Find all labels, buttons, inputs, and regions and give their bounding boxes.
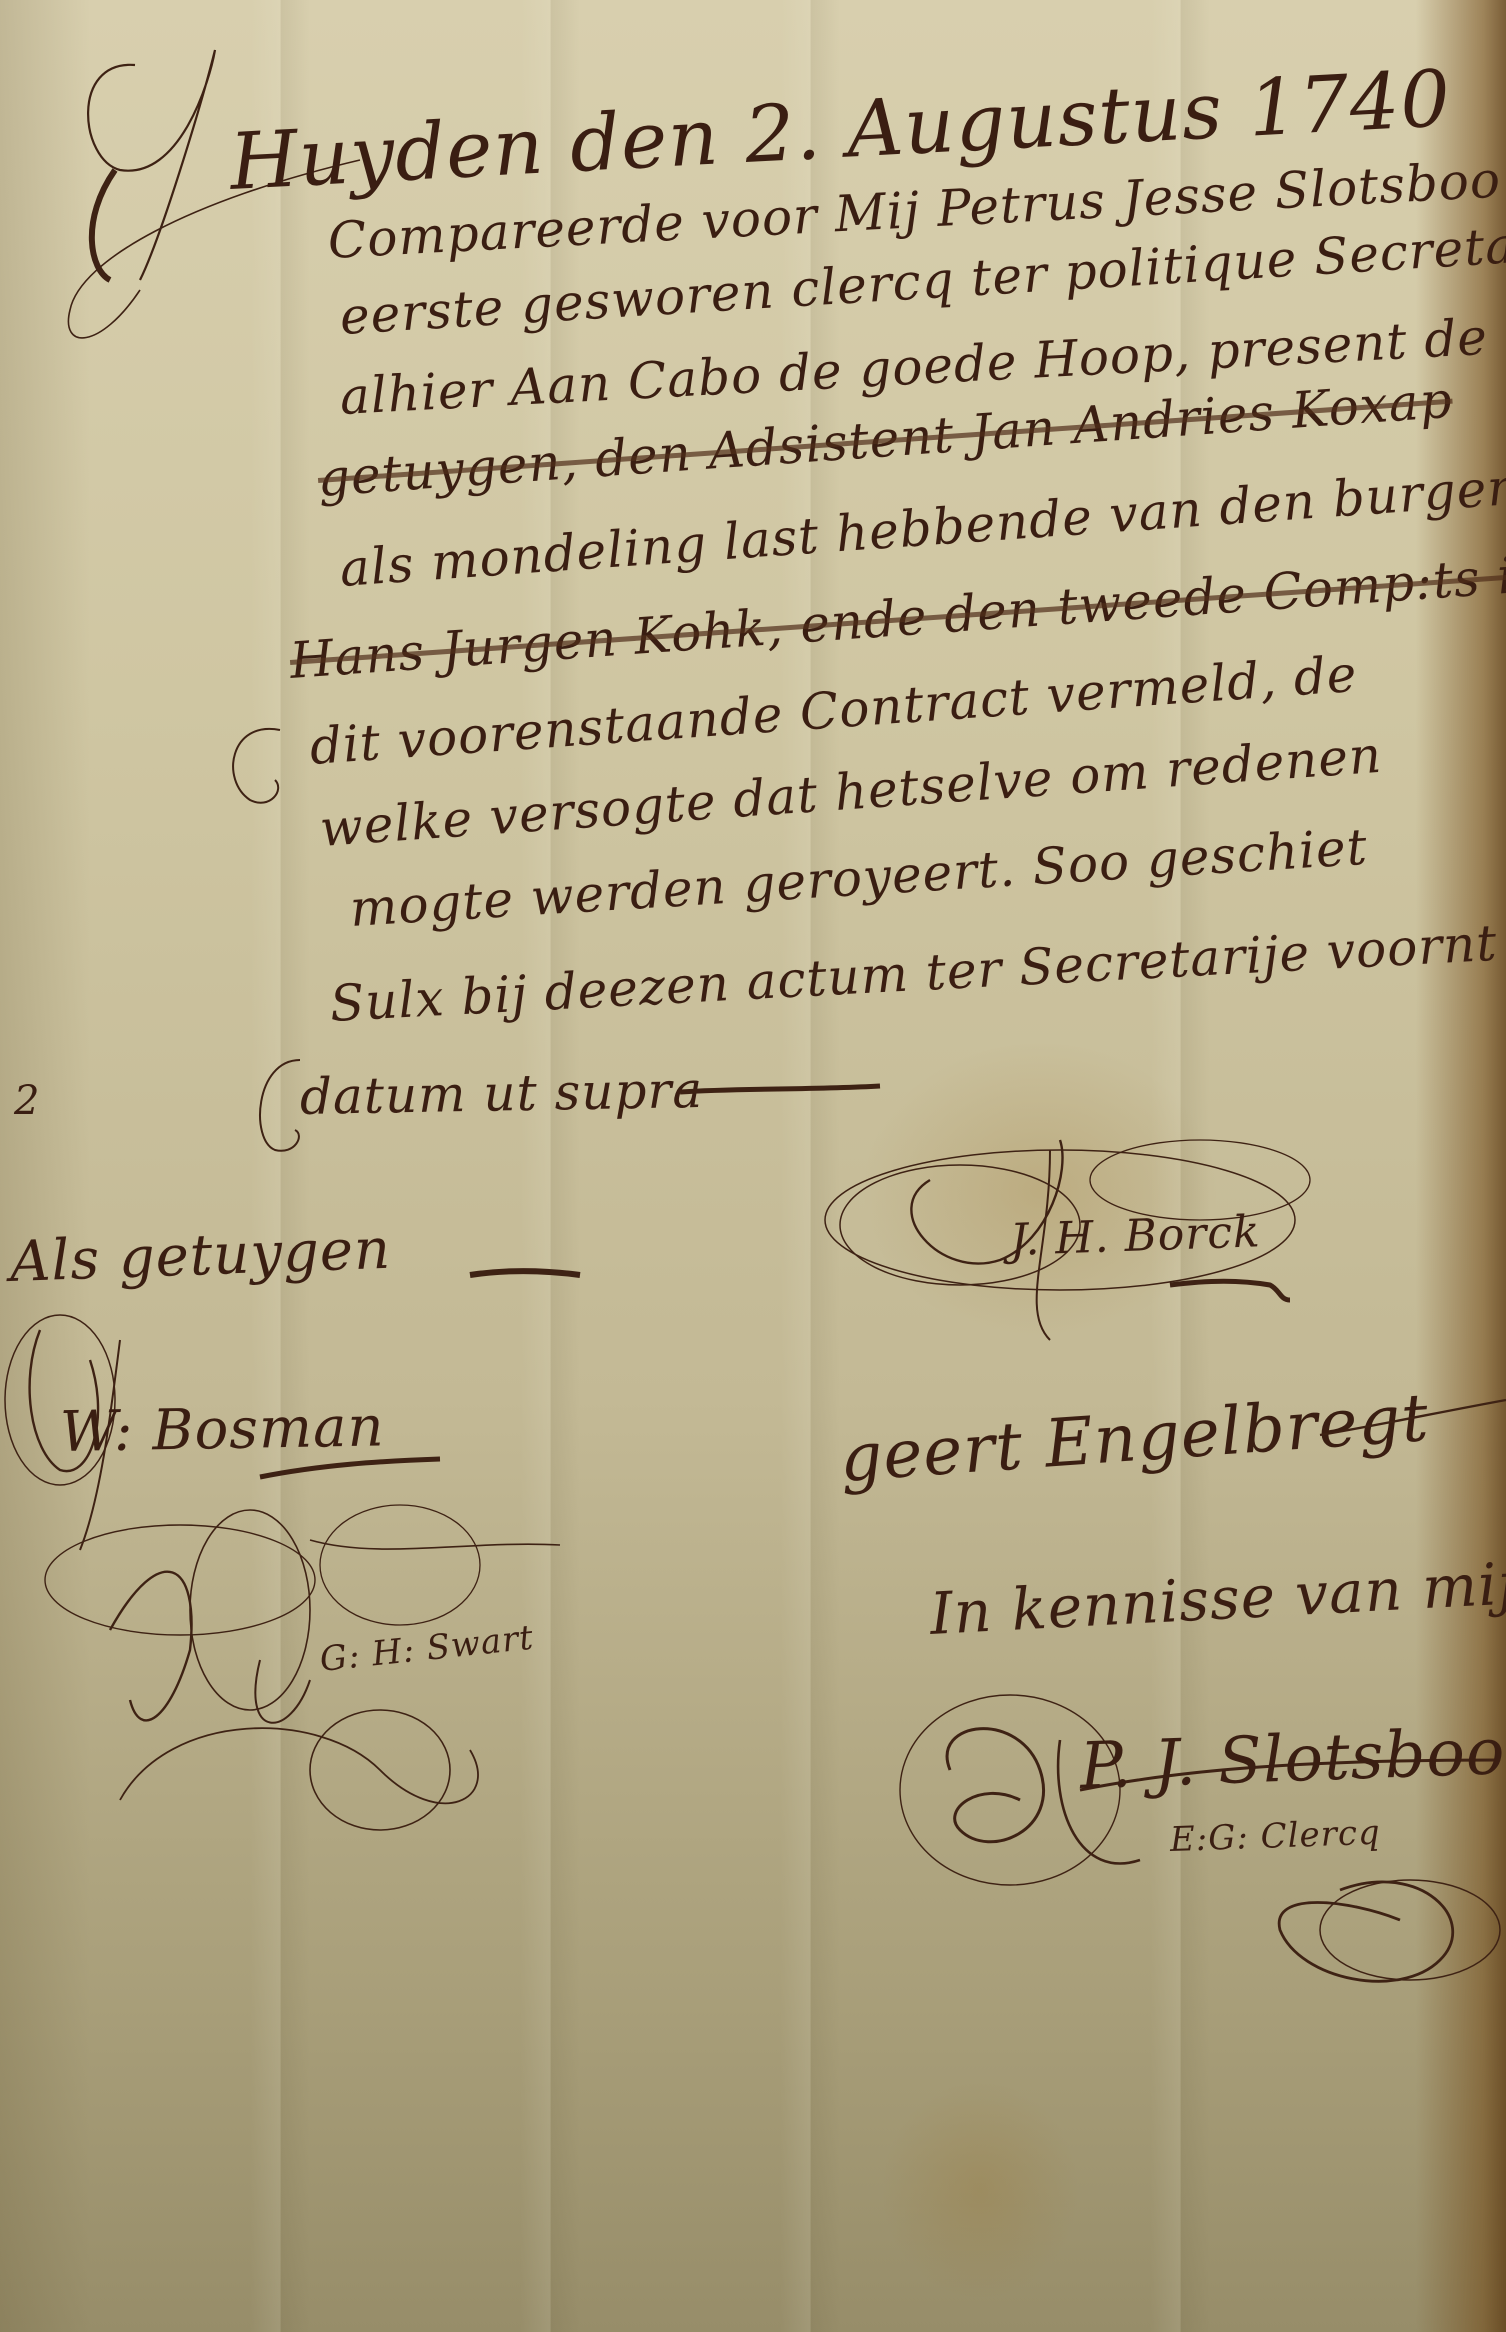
paper-fold — [520, 0, 580, 2332]
witness-label: Als getuygen — [9, 1217, 392, 1295]
document-page: Huyden den 2. Augustus 1740 Compareerde … — [0, 0, 1506, 2332]
paper-stain — [880, 2080, 1080, 2300]
flourish-c-icon — [220, 720, 300, 810]
attestation-title: E:G: Clercq — [1169, 1813, 1381, 1860]
witness-signature-2-flourish-icon — [20, 1500, 560, 1860]
attestation-label: In kennisse van mij — [928, 1549, 1506, 1648]
flourish-c-icon — [250, 1050, 320, 1160]
closing-dash-icon — [680, 1080, 880, 1100]
margin-mark: 2 — [14, 1078, 40, 1124]
signature-underline-icon — [260, 1455, 440, 1485]
attestation-signature: P. J. Slotsboo — [1079, 1715, 1506, 1804]
body-line-11: datum ut supra — [299, 1061, 703, 1126]
party-signature-1: J. H. Borck — [1009, 1206, 1261, 1266]
witness-dash-icon — [470, 1265, 580, 1285]
signature-tail-icon — [1320, 1400, 1506, 1440]
body-line-10: Sulx bij deezen actum ter Secretarije vo… — [328, 914, 1498, 1033]
paper-fold — [250, 0, 310, 2332]
